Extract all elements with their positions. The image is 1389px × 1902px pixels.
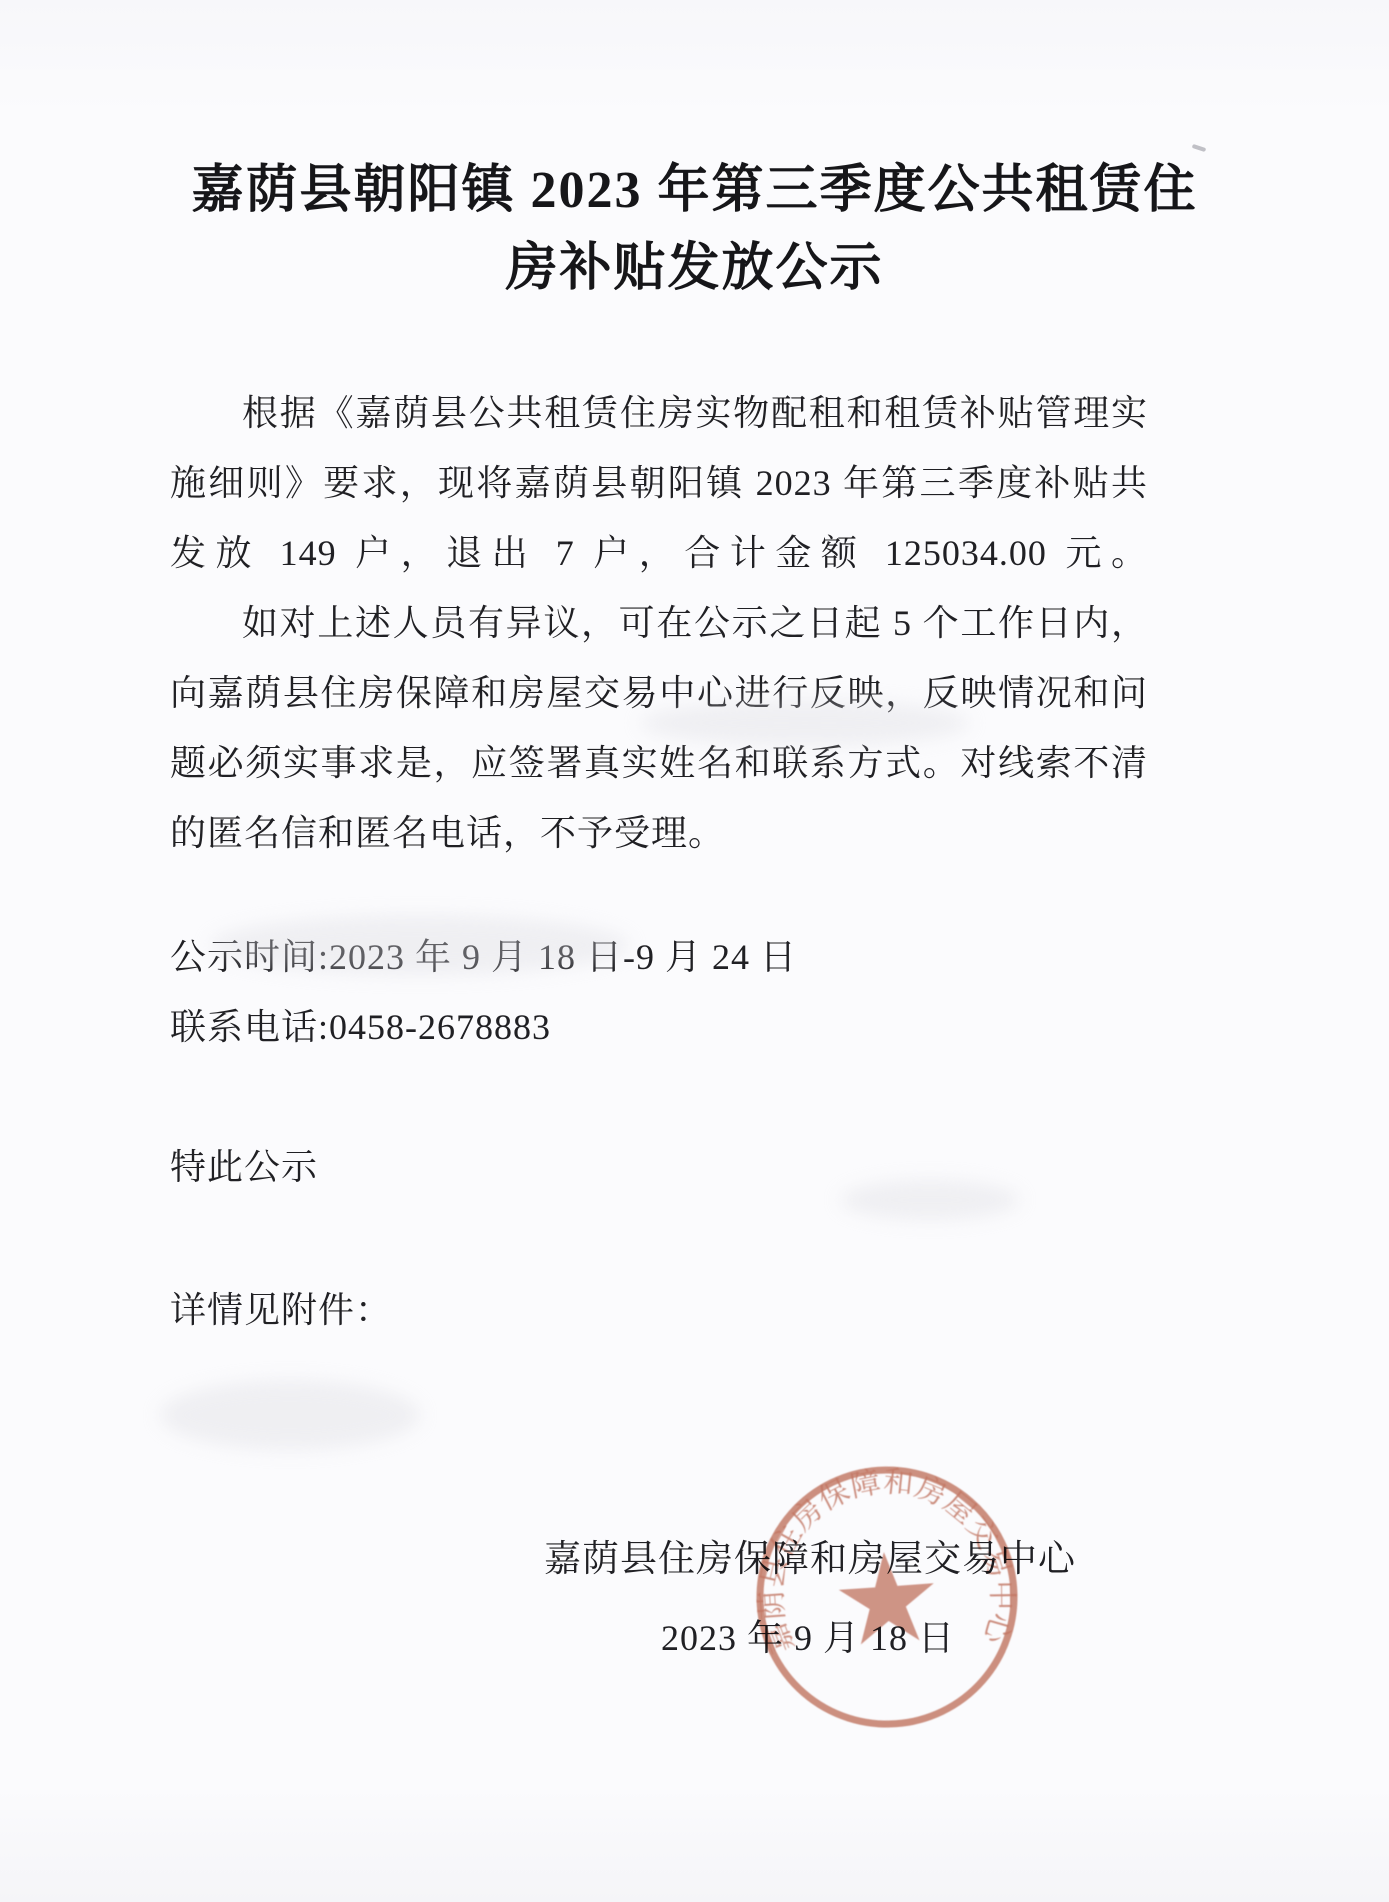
contact-phone: 联系电话:0458-2678883 (170, 992, 551, 1062)
paragraph-line: 根据《嘉荫县公共租赁住房实物配租和租赁补贴管理实 (170, 378, 1148, 448)
paragraph-line: 题必须实事求是，应签署真实姓名和联系方式。对线索不清 (170, 728, 1148, 798)
notice-title-line-1: 嘉荫县朝阳镇 2023 年第三季度公共租赁住 (70, 152, 1319, 230)
scan-mark (1192, 144, 1207, 152)
scan-artifact (840, 1180, 1020, 1220)
notice-document-page: 嘉荫县朝阳镇 2023 年第三季度公共租赁住 房补贴发放公示 根据《嘉荫县公共租… (0, 0, 1389, 1902)
notice-title: 嘉荫县朝阳镇 2023 年第三季度公共租赁住 房补贴发放公示 (70, 152, 1319, 308)
paragraph-line: 施细则》要求，现将嘉荫县朝阳镇 2023 年第三季度补贴共 (170, 448, 1148, 518)
paragraph-line: 如对上述人员有异议，可在公示之日起 5 个工作日内， (170, 588, 1148, 658)
paragraph-line: 发放 149 户，退出 7 户，合计金额 125034.00 元。 (170, 518, 1148, 588)
scan-artifact (160, 1380, 420, 1450)
scan-artifact (210, 915, 630, 975)
paragraph-1: 根据《嘉荫县公共租赁住房实物配租和租赁补贴管理实 施细则》要求，现将嘉荫县朝阳镇… (170, 378, 1148, 588)
notice-title-line-2: 房补贴发放公示 (70, 230, 1319, 308)
closing-statement: 特此公示 (170, 1132, 318, 1202)
official-seal: 嘉荫县住房保障和房屋交易中心 (738, 1448, 1037, 1747)
attachment-note: 详情见附件： (170, 1275, 392, 1345)
seal-star (836, 1549, 937, 1646)
scan-artifact (640, 700, 970, 746)
paragraph-line: 的匿名信和匿名电话，不予受理。 (170, 798, 1148, 868)
